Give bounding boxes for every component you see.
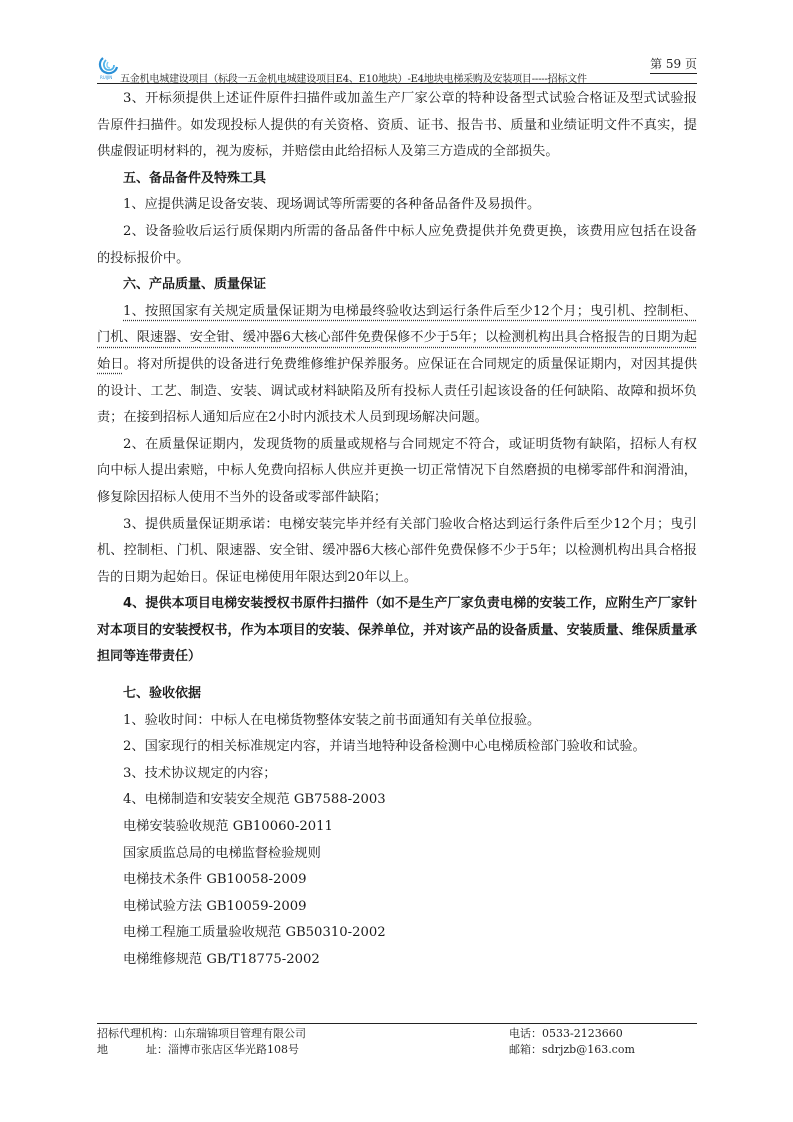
- spare-parts-item-1: 1、应提供满足设备安装、现场调试等所需要的各种备品备件及易损件。: [97, 192, 697, 219]
- page-footer: 招标代理机构：山东瑞锦项目管理有限公司 电话：0533-2123660 地 址：…: [97, 1026, 697, 1058]
- address-value: 淄博市张店区华光路108号: [168, 1043, 299, 1056]
- phone-number: 0533-2123660: [542, 1027, 623, 1040]
- standard-item: 国家质监总局的电梯监督检验规则: [97, 841, 697, 868]
- standard-item: 电梯工程施工质量验收规范 GB50310-2002: [97, 920, 697, 947]
- standard-item: 电梯安装验收规范 GB10060-2011: [97, 814, 697, 841]
- section-heading-quality-warranty: 六、产品质量、质量保证: [97, 272, 697, 299]
- address-label: 地 址: [97, 1042, 157, 1058]
- paragraph-certificate-requirement: 3、开标须提供上述证件原件扫描件或加盖生产厂家公章的特种设备型式试验合格证及型式…: [97, 86, 697, 166]
- quality-item-1: 1、按照国家有关规定质量保证期为电梯最终验收达到运行条件后至少12个月；曳引机、…: [97, 299, 697, 432]
- email-address[interactable]: sdrjzb@163.com: [542, 1043, 635, 1056]
- section-heading-acceptance-basis: 七、验收依据: [97, 681, 697, 708]
- acceptance-item-1: 1、验收时间：中标人在电梯货物整体安装之前书面通知有关单位报验。: [97, 708, 697, 735]
- acceptance-item-2: 2、国家现行的相关标准规定内容，并请当地特种设备检测中心电梯质检部门验收和试验。: [97, 734, 697, 761]
- footer-divider: [97, 1023, 697, 1024]
- standard-item: 电梯维修规范 GB/T18775-2002: [97, 947, 697, 974]
- acceptance-item-3: 3、技术协议规定的内容；: [97, 761, 697, 788]
- document-body: 3、开标须提供上述证件原件扫描件或加盖生产厂家公章的特种设备型式试验合格证及型式…: [97, 86, 697, 974]
- spare-parts-item-2: 2、设备验收后运行质保期内所需的备品备件中标人应免费提供并免费更换，该费用应包括…: [97, 219, 697, 272]
- quality-item-1-rest: 。将对所提供的设备进行免费维修维护保养服务。应保证在合同规定的质量保证期内，对因…: [97, 357, 697, 425]
- footer-row-agency: 招标代理机构：山东瑞锦项目管理有限公司 电话：0533-2123660: [97, 1026, 697, 1042]
- acceptance-item-4: 4、电梯制造和安装安全规范 GB7588-2003: [97, 787, 697, 814]
- quality-item-3: 3、提供质量保证期承诺：电梯安装完毕并经有关部门验收合格达到运行条件后至少12个…: [97, 512, 697, 592]
- address-separator: ：: [157, 1043, 168, 1056]
- logo-caption: RUIJIN: [100, 75, 112, 80]
- section-heading-spare-parts: 五、备品备件及特殊工具: [97, 166, 697, 193]
- quality-item-2: 2、在质量保证期内，发现货物的质量或规格与合同规定不符合，或证明货物有缺陷，招标…: [97, 432, 697, 512]
- email-label: 邮箱：: [509, 1043, 542, 1056]
- page-header: RUIJIN 五金机电城建设项目（标段一五金机电城建设项目E4、E10地块）-E…: [97, 50, 697, 84]
- phone-label: 电话：: [509, 1027, 542, 1040]
- footer-row-address: 地 址：淄博市张店区华光路108号 邮箱：sdrjzb@163.com: [97, 1042, 697, 1058]
- quality-item-4-authorization: 4、提供本项目电梯安装授权书原件扫描件（如不是生产厂家负责电梯的安装工作，应附生…: [97, 591, 697, 671]
- standard-item: 电梯试验方法 GB10059-2009: [97, 894, 697, 921]
- document-page: RUIJIN 五金机电城建设项目（标段一五金机电城建设项目E4、E10地块）-E…: [0, 0, 793, 1122]
- page-number: 第 59 页: [650, 55, 697, 74]
- header-divider: [97, 83, 697, 84]
- company-wave-logo-icon: [97, 56, 121, 76]
- spacer: [97, 671, 697, 681]
- agency-name: 山东瑞锦项目管理有限公司: [174, 1027, 306, 1040]
- agency-label: 招标代理机构：: [97, 1027, 174, 1040]
- standard-item: 电梯技术条件 GB10058-2009: [97, 867, 697, 894]
